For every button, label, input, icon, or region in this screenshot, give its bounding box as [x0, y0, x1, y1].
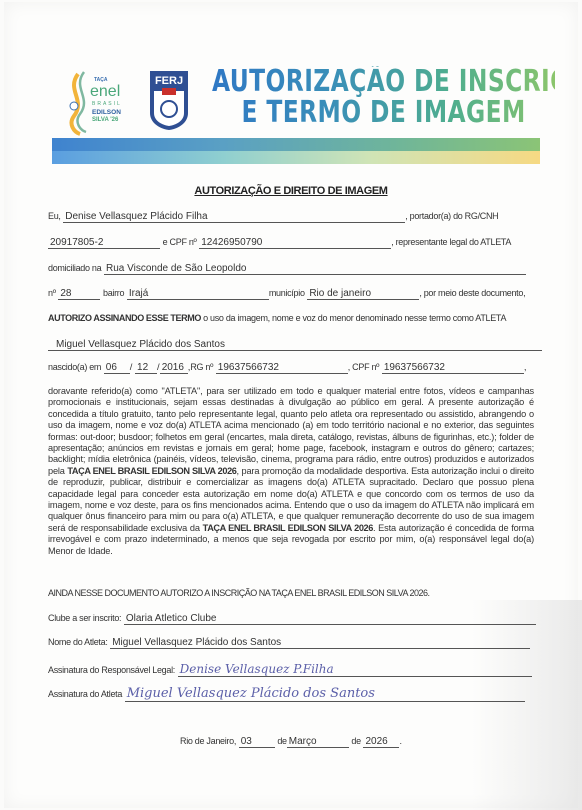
club-row: Clube a ser inscrito: Olaria Atletico Cl… [48, 613, 536, 625]
date-month-field[interactable]: Março [287, 736, 349, 748]
guardian-rg-field[interactable]: 20917805-2 [48, 237, 160, 249]
guardian-cpf-field[interactable]: 12426950790 [199, 237, 391, 249]
date-row: Rio de Janeiro, 03 deMarço de 2026. [180, 736, 402, 748]
birth-day-field[interactable]: 06 [104, 362, 130, 374]
page-title: AUTORIZAÇÃO DE INSCRIÇÃO E TERMO DE IMAG… [212, 66, 555, 128]
guardian-signature-field[interactable]: Denise Vellasquez P.Filha [178, 662, 532, 677]
guardian-name-row: Eu, Denise Vellasquez Plácido Filha, por… [48, 211, 498, 223]
registration-heading: AINDA NESSE DOCUMENTO AUTORIZO A INSCRIÇ… [48, 588, 429, 599]
club-field[interactable]: Olaria Atletico Clube [124, 613, 536, 625]
birth-year-field[interactable]: 2016 [160, 362, 188, 374]
banner-stripe-bottom [52, 151, 540, 164]
registration-athlete-field[interactable]: Miguel Vellasquez Plácido dos Santos [110, 637, 530, 649]
guardian-name-field[interactable]: Denise Vellasquez Plácido Filha [63, 211, 405, 223]
bairro-field[interactable]: Irajá [127, 288, 269, 300]
svg-text:FERJ: FERJ [155, 75, 183, 87]
date-day-field[interactable]: 03 [239, 736, 275, 748]
document-heading: AUTORIZAÇÃO E DIREITO DE IMAGEM [0, 185, 582, 197]
athlete-signature-field[interactable]: Miguel Vellasquez Plácido dos Santos [125, 686, 525, 702]
page-shadow [472, 600, 582, 810]
ferj-shield-icon: FERJ [148, 69, 190, 131]
guardian-docs-row: 20917805-2 e CPF nº 12426950790, represe… [48, 237, 511, 249]
address-row: domiciliado na Rua Visconde de São Leopo… [48, 263, 526, 275]
athlete-cpf-field[interactable]: 19637566732 [382, 362, 524, 374]
taca-enel-logo-icon: TAÇA enel BRASIL EDILSON SILVA '26 [64, 70, 128, 136]
svg-text:SILVA '26: SILVA '26 [92, 117, 119, 123]
guardian-signature-row: Assinatura do Responsável Legal: Denise … [48, 662, 532, 677]
authorization-statement: AUTORIZO ASSINANDO ESSE TERMO o uso da i… [48, 313, 506, 324]
svg-text:enel: enel [90, 83, 120, 100]
address-field[interactable]: Rua Visconde de São Leopoldo [104, 263, 526, 275]
header-banner: TAÇA enel BRASIL EDILSON SILVA '26 FERJ … [52, 60, 544, 160]
birth-month-field[interactable]: 12 [135, 362, 157, 374]
svg-text:BRASIL: BRASIL [92, 101, 122, 107]
athlete-registration-row: Nome do Atleta: Miguel Vellasquez Plácid… [48, 637, 530, 649]
location-row: nº 28 bairro Irajámunicípio Rio de janei… [48, 288, 525, 300]
date-year-field[interactable]: 2026 [363, 736, 399, 748]
birth-row: nascido(a) em 06/ 12/2016,RG nº 19637566… [48, 362, 526, 374]
athlete-name-field[interactable]: Miguel Vellasquez Plácido dos Santos [48, 339, 542, 351]
athlete-signature-row: Assinatura do Atleta Miguel Vellasquez P… [48, 686, 525, 702]
banner-stripe-top [52, 138, 540, 151]
terms-paragraph: doravante referido(a) como "ATLETA", par… [48, 386, 534, 557]
municipio-field[interactable]: Rio de janeiro [307, 288, 419, 300]
house-number-field[interactable]: 28 [58, 288, 100, 300]
svg-text:EDILSON: EDILSON [92, 109, 121, 116]
athlete-name-row: Miguel Vellasquez Plácido dos Santos [48, 339, 542, 351]
athlete-rg-field[interactable]: 19637566732 [216, 362, 348, 374]
